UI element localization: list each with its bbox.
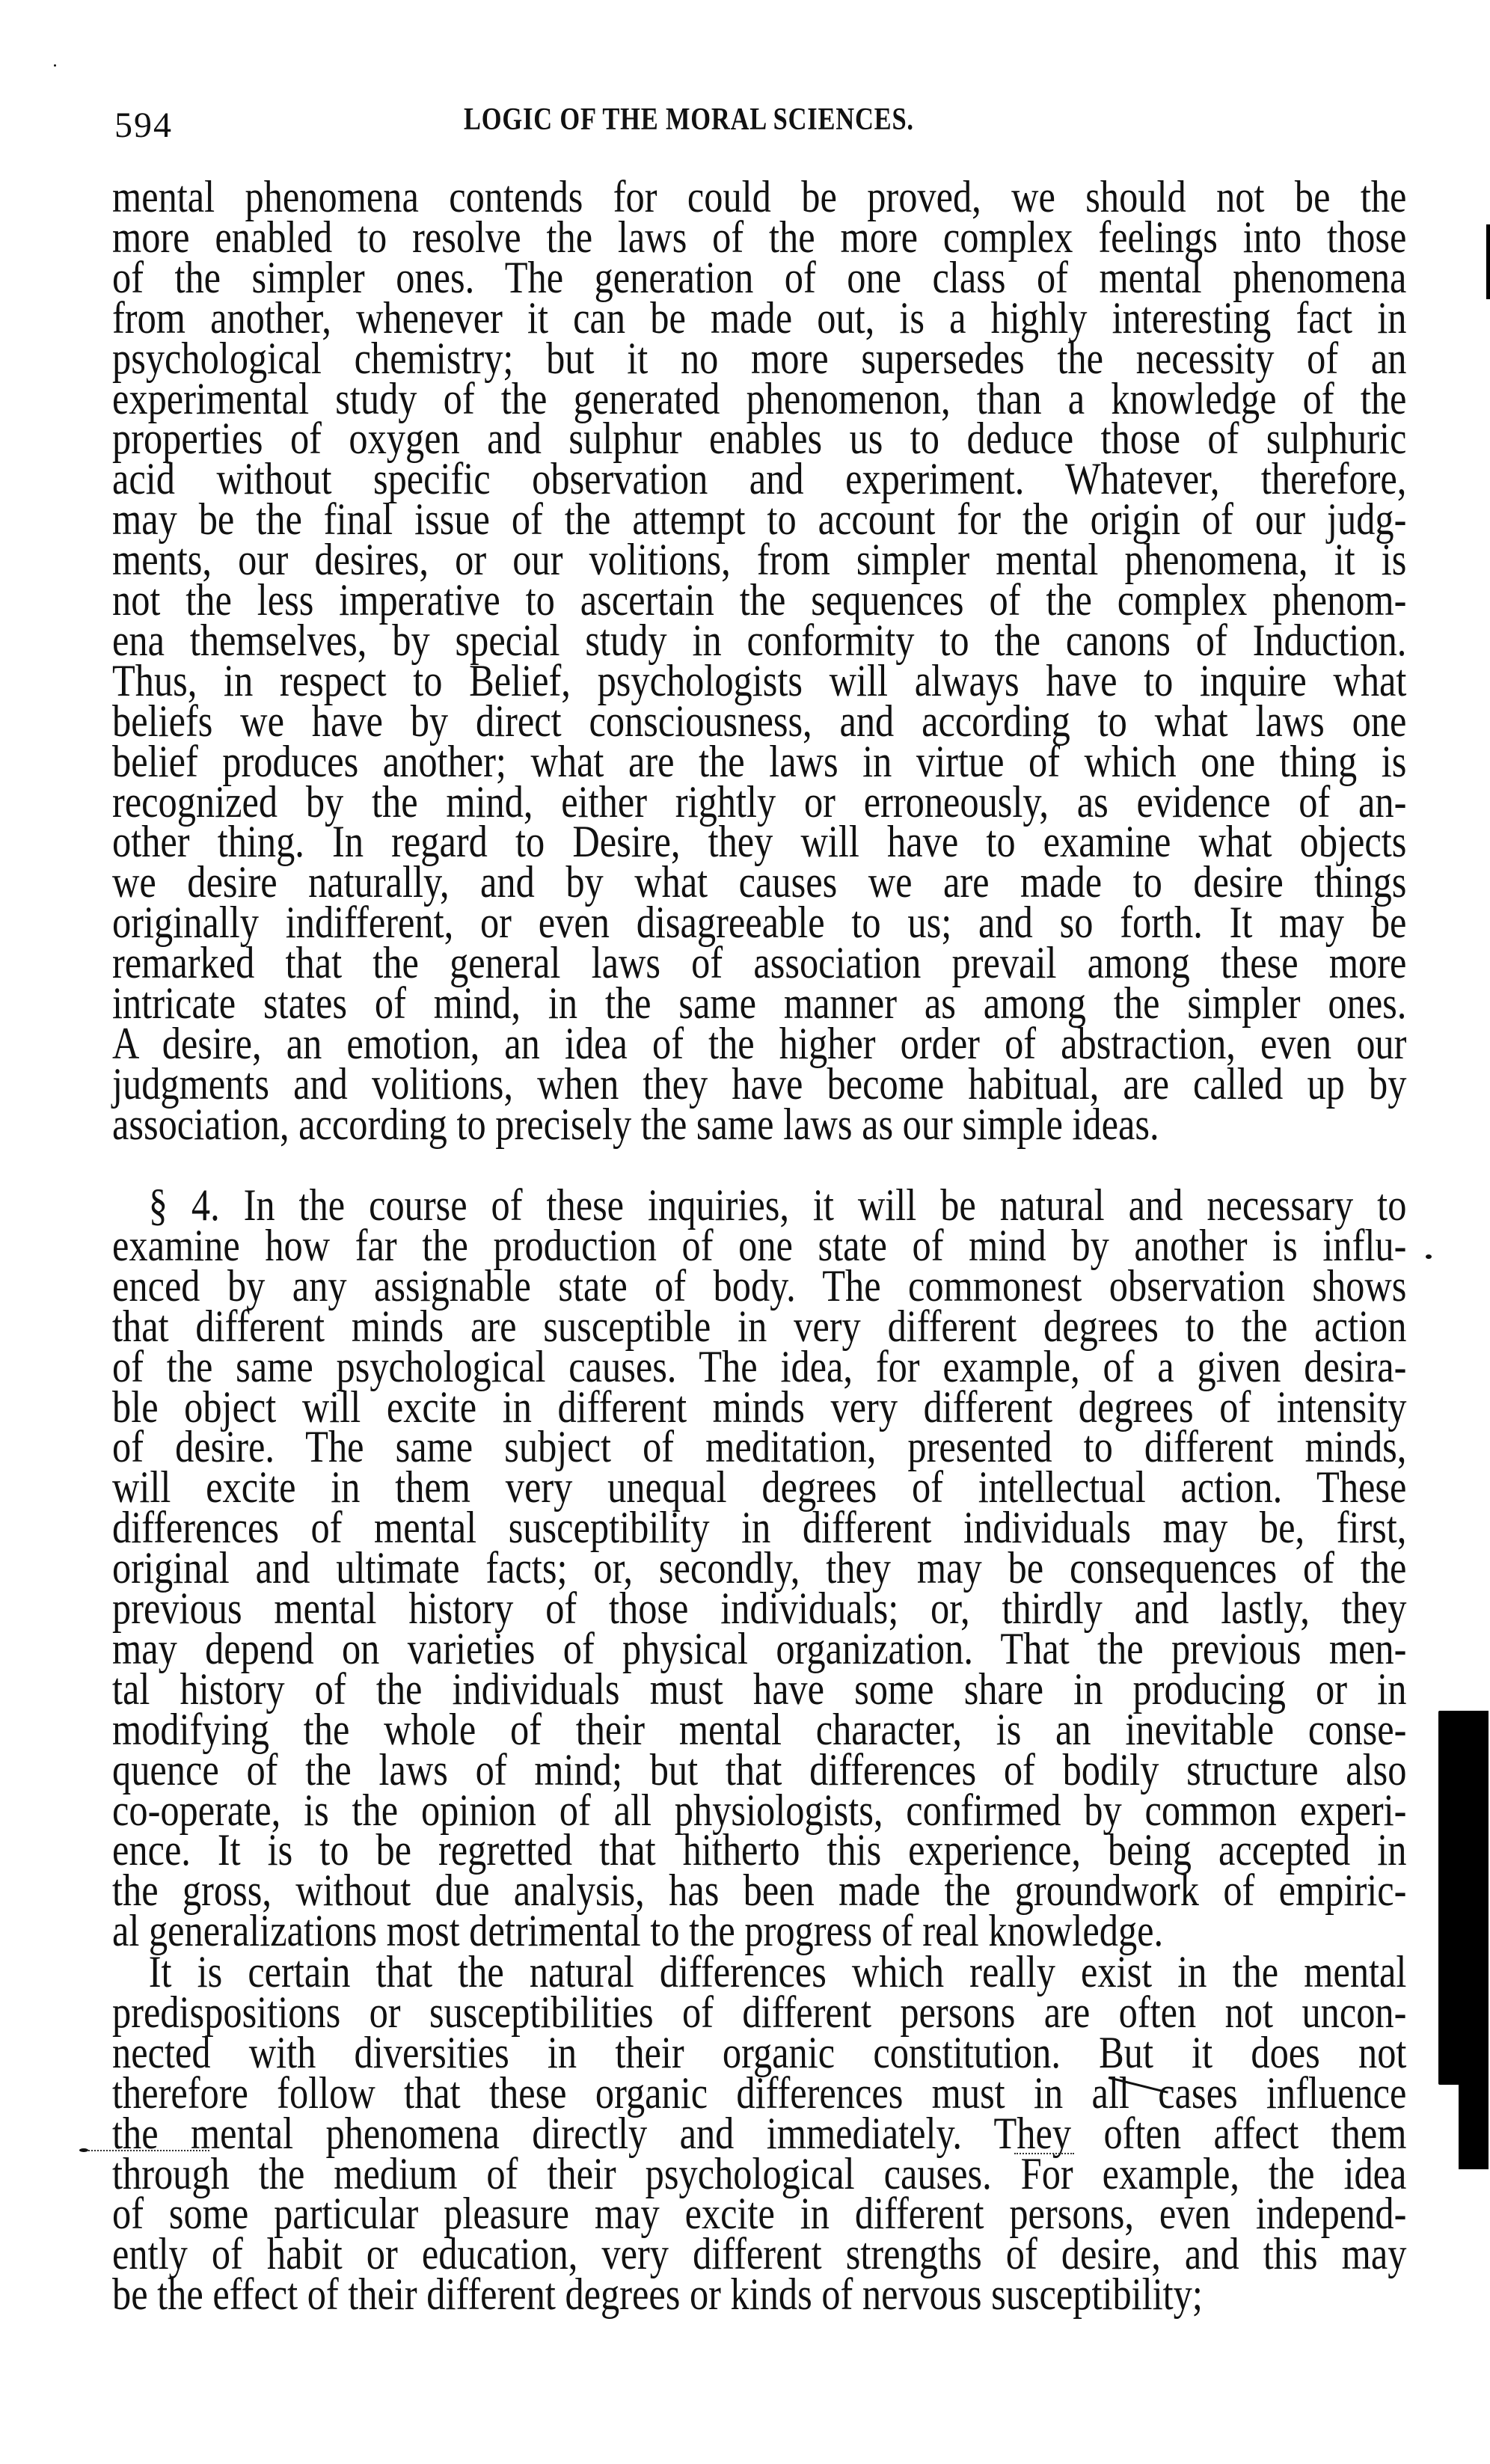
page-number: 594 <box>114 105 173 146</box>
text-line: association, according to precisely the … <box>112 1104 1406 1144</box>
margin-dot-mark <box>1426 1254 1432 1259</box>
text-line: ments, our desires, or our volitions, fr… <box>112 539 1406 580</box>
scan-edge-artifact-tail <box>1459 2085 1489 2169</box>
text-line: intricate states of mind, in the same ma… <box>112 983 1406 1023</box>
text-line: al generalizations most detrimental to t… <box>112 1910 1406 1951</box>
margin-speck <box>54 64 56 67</box>
text-line: ena themselves, by special study in conf… <box>112 620 1406 661</box>
text-line: belief produces another; what are the la… <box>112 741 1406 782</box>
text-line: of the same psychological causes. The id… <box>112 1346 1406 1387</box>
text-line: psychological chemistry; but it no more … <box>112 338 1406 379</box>
text-line: nected with diversities in their organic… <box>112 2032 1406 2073</box>
text-line: recognized by the mind, either rightly o… <box>112 782 1406 822</box>
text-line: be the effect of their different degrees… <box>112 2274 1406 2314</box>
text-line: mental phenomena contends for could be p… <box>112 177 1406 217</box>
text-line: remarked that the general laws of associ… <box>112 943 1406 983</box>
scan-edge-artifact-bar <box>1438 1711 1489 2085</box>
text-line: not the less imperative to ascertain the… <box>112 580 1406 620</box>
text-line: through the medium of their psychologica… <box>112 2154 1406 2194</box>
book-page: 594 LOGIC OF THE MORAL SCIENCES. mental … <box>0 0 1490 2464</box>
text-line: A desire, an emotion, an idea of the hig… <box>112 1023 1406 1064</box>
text-line: properties of oxygen and sulphur enables… <box>112 418 1406 459</box>
text-line: co-operate, is the opinion of all physio… <box>112 1790 1406 1830</box>
text-line: the gross, without due analysis, has bee… <box>112 1870 1406 1910</box>
text-line: we desire naturally, and by what causes … <box>112 862 1406 902</box>
text-line: previous mental history of those individ… <box>112 1588 1406 1628</box>
text-line: enced by any assignable state of body. T… <box>112 1266 1406 1306</box>
text-line: modifying the whole of their mental char… <box>112 1709 1406 1750</box>
text-line: quence of the laws of mind; but that dif… <box>112 1750 1406 1790</box>
text-line: experimental study of the generated phen… <box>112 379 1406 419</box>
handwritten-underline-mark-2 <box>1014 2153 1074 2156</box>
text-line: originally indifferent, or even disagree… <box>112 902 1406 943</box>
text-line: differences of mental susceptibility in … <box>112 1507 1406 1548</box>
text-line: It is certain that the natural differenc… <box>112 1952 1406 1992</box>
text-line: more enabled to resolve the laws of the … <box>112 217 1406 257</box>
text-line: that different minds are susceptible in … <box>112 1306 1406 1346</box>
text-line: may be the final issue of the attempt to… <box>112 499 1406 539</box>
text-line: ently of habit or education, very differ… <box>112 2234 1406 2274</box>
text-line: beliefs we have by direct consciousness,… <box>112 701 1406 741</box>
scan-edge-artifact-top <box>1486 224 1490 299</box>
text-line: predispositions or susceptibilities of d… <box>112 1992 1406 2032</box>
text-line: other thing. In regard to Desire, they w… <box>112 821 1406 862</box>
text-line: judgments and volitions, when they have … <box>112 1064 1406 1104</box>
text-line: from another, whenever it can be made ou… <box>112 298 1406 338</box>
text-line: examine how far the production of one st… <box>112 1225 1406 1266</box>
text-line: the mental phenomena directly and immedi… <box>112 2113 1406 2154</box>
text-line: will excite in them very unequal degrees… <box>112 1467 1406 1507</box>
text-line: may depend on varieties of physical orga… <box>112 1628 1406 1669</box>
text-line: ble object will excite in different mind… <box>112 1387 1406 1427</box>
running-title: LOGIC OF THE MORAL SCIENCES. <box>464 102 948 138</box>
text-line: of the simpler ones. The generation of o… <box>112 257 1406 298</box>
text-line: Thus, in respect to Belief, psychologist… <box>112 661 1406 701</box>
text-line: § 4. In the course of these inquiries, i… <box>112 1185 1406 1225</box>
margin-tick-mark <box>79 2148 88 2152</box>
text-line: acid without specific observation and ex… <box>112 459 1406 499</box>
text-line: of desire. The same subject of meditatio… <box>112 1426 1406 1467</box>
text-line: original and ultimate facts; or, secondl… <box>112 1548 1406 1588</box>
text-line: therefore follow that these organic diff… <box>112 2073 1406 2113</box>
text-line: of some particular pleasure may excite i… <box>112 2193 1406 2234</box>
handwritten-underline-mark <box>82 2150 209 2153</box>
text-line: ence. It is to be regretted that hithert… <box>112 1830 1406 1870</box>
text-line: tal history of the individuals must have… <box>112 1669 1406 1709</box>
